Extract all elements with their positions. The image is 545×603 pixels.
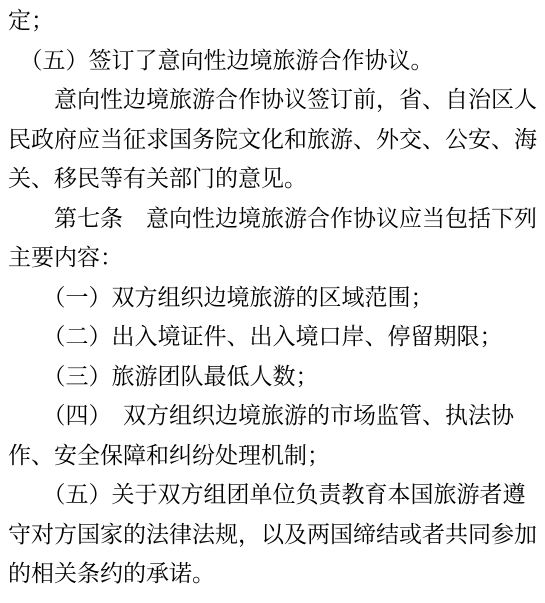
text-line: 民政府应当征求国务院文化和旅游、外交、公安、海 (8, 120, 540, 160)
text-line: （三）旅游团队最低人数； (8, 357, 540, 397)
article-body: 定； （五）签订了意向性边境旅游合作协议。 意向性边境旅游合作协议签订前，省、自… (8, 1, 540, 594)
text-line: 第七条 意向性边境旅游合作协议应当包括下列 (8, 199, 540, 239)
text-line: 主要内容： (8, 238, 540, 278)
text-line: （四） 双方组织边境旅游的市场监管、执法协 (8, 396, 540, 436)
text-line: （五）关于双方组团单位负责教育本国旅游者遵 (8, 475, 540, 515)
text-line: 守对方国家的法律法规，以及两国缔结或者共同参加 (8, 515, 540, 555)
text-line: （二）出入境证件、出入境口岸、停留期限； (8, 317, 540, 357)
text-line: 定； (8, 1, 540, 41)
text-line: 的相关条约的承诺。 (8, 554, 540, 594)
article-page: 定； （五）签订了意向性边境旅游合作协议。 意向性边境旅游合作协议签订前，省、自… (0, 0, 545, 603)
text-line: 作、安全保障和纠纷处理机制； (8, 436, 540, 476)
text-line: 关、移民等有关部门的意见。 (8, 159, 540, 199)
text-line: （五）签订了意向性边境旅游合作协议。 (8, 41, 540, 81)
text-line: 意向性边境旅游合作协议签订前，省、自治区人 (8, 80, 540, 120)
text-line: （一）双方组织边境旅游的区域范围； (8, 278, 540, 318)
